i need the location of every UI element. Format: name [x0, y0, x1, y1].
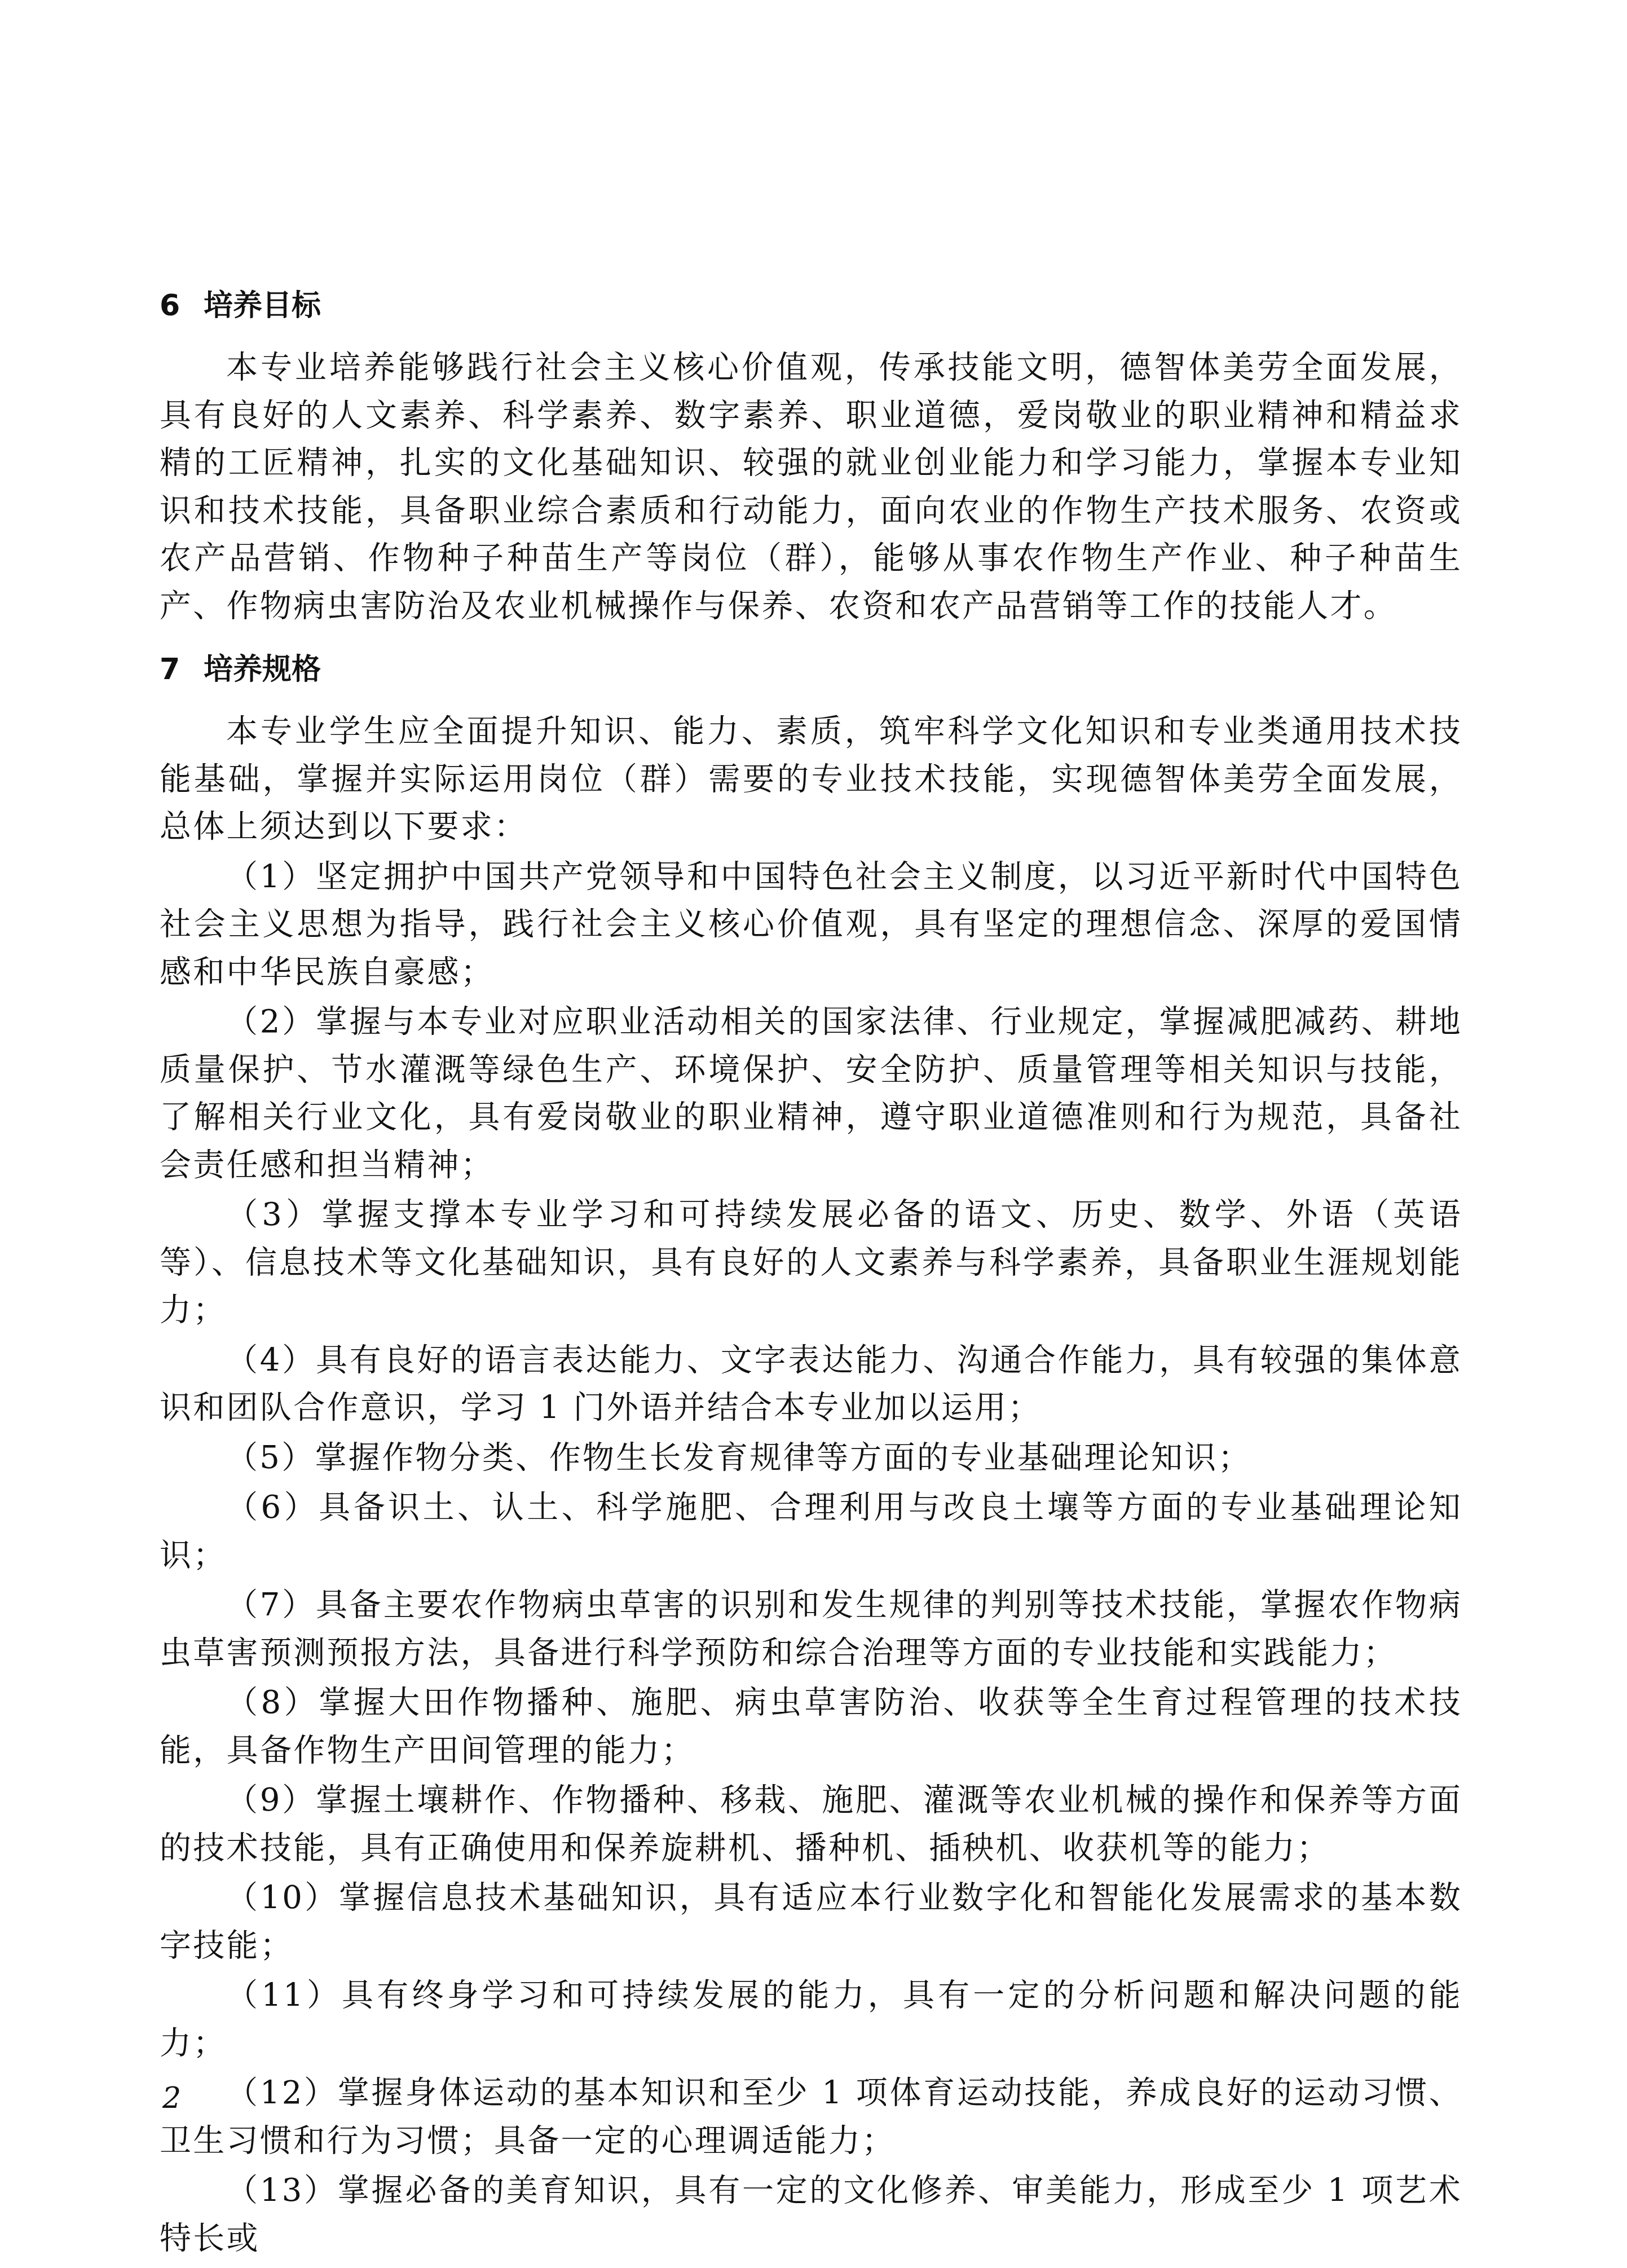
training-goal-paragraph: 本专业培养能够践行社会主义核心价值观，传承技能文明，德智体美劳全面发展，具有良好…: [160, 344, 1462, 630]
requirement-item: （6）具备识土、认土、科学施肥、合理利用与改良土壤等方面的专业基础理论知识；: [160, 1484, 1462, 1579]
section-heading-training-specification: 7 培养规格: [160, 646, 1462, 693]
requirement-item: （9）掌握土壤耕作、作物播种、移栽、施肥、灌溉等农业机械的操作和保养等方面的技术…: [160, 1777, 1462, 1872]
requirement-item: （12）掌握身体运动的基本知识和至少 1 项体育运动技能，养成良好的运动习惯、卫…: [160, 2069, 1462, 2165]
section-title: 培养目标: [204, 282, 321, 329]
requirement-item: （5）掌握作物分类、作物生长发育规律等方面的专业基础理论知识；: [160, 1434, 1462, 1482]
requirement-item: （1）坚定拥护中国共产党领导和中国特色社会主义制度，以习近平新时代中国特色社会主…: [160, 853, 1462, 997]
specification-intro: 本专业学生应全面提升知识、能力、素质，筑牢科学文化知识和专业类通用技术技能基础，…: [160, 708, 1462, 851]
requirement-item: （3）掌握支撑本专业学习和可持续发展必备的语文、历史、数学、外语（英语等）、信息…: [160, 1191, 1462, 1335]
requirement-item: （10）掌握信息技术基础知识，具有适应本行业数字化和智能化发展需求的基本数字技能…: [160, 1874, 1462, 1970]
section-heading-training-goal: 6 培养目标: [160, 282, 1462, 329]
requirement-item: （13）掌握必备的美育知识，具有一定的文化修养、审美能力，形成至少 1 项艺术特…: [160, 2167, 1462, 2262]
section-title: 培养规格: [204, 646, 321, 693]
requirement-item: （4）具有良好的语言表达能力、文字表达能力、沟通合作能力，具有较强的集体意识和团…: [160, 1337, 1462, 1432]
section-number: 6: [160, 282, 204, 329]
requirement-item: （2）掌握与本专业对应职业活动相关的国家法律、行业规定，掌握减肥减药、耕地质量保…: [160, 998, 1462, 1189]
page-number: 2: [162, 2081, 181, 2115]
requirement-item: （11）具有终身学习和可持续发展的能力，具有一定的分析问题和解决问题的能力；: [160, 1972, 1462, 2067]
section-number: 7: [160, 646, 204, 693]
document-page: 6 培养目标 本专业培养能够践行社会主义核心价值观，传承技能文明，德智体美劳全面…: [160, 282, 1462, 2265]
requirement-item: （8）掌握大田作物播种、施肥、病虫草害防治、收获等全生育过程管理的技术技能，具备…: [160, 1679, 1462, 1774]
requirement-item: （7）具备主要农作物病虫草害的识别和发生规律的判别等技术技能，掌握农作物病虫草害…: [160, 1582, 1462, 1677]
